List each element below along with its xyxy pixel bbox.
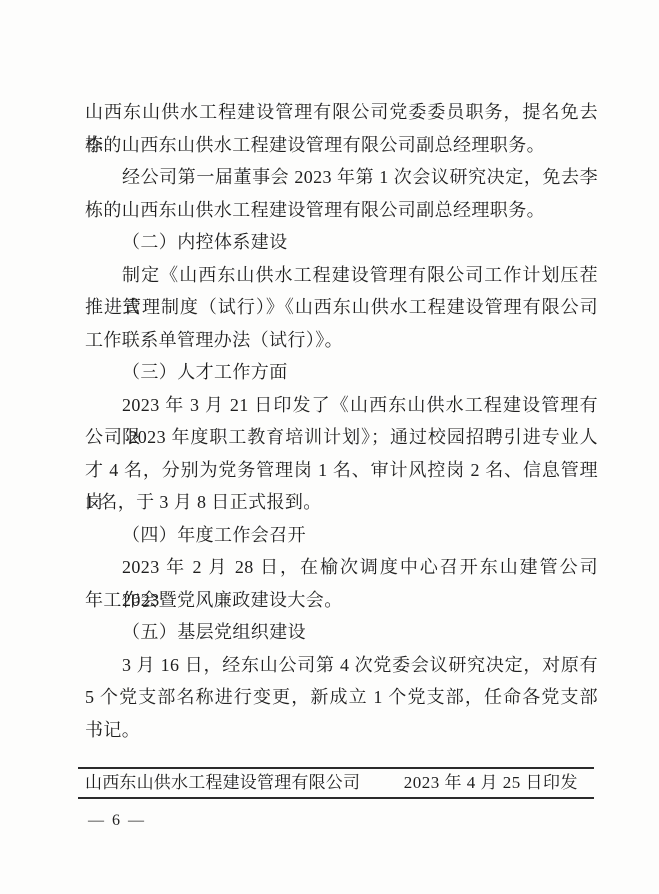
issuing-organization: 山西东山供水工程建设管理有限公司 xyxy=(78,772,360,793)
section-heading: （三）人才工作方面 xyxy=(85,356,598,389)
body-line: 工作联系单管理办法（试行）》。 xyxy=(85,324,598,357)
document-body: 山西东山供水工程建设管理有限公司党委委员职务，提名免去李 栋的山西东山供水工程建… xyxy=(85,96,598,746)
document-page: 山西东山供水工程建设管理有限公司党委委员职务，提名免去李 栋的山西东山供水工程建… xyxy=(0,0,659,894)
body-line: 1 名，于 3 月 8 日正式报到。 xyxy=(85,486,598,519)
body-line: 年工作会暨党风廉政建设大会。 xyxy=(85,584,598,617)
body-line: 书记。 xyxy=(85,714,598,747)
body-line: 3 月 16 日，经东山公司第 4 次党委会议研究决定，对原有 xyxy=(85,649,598,682)
section-heading: （五）基层党组织建设 xyxy=(85,616,598,649)
body-line: 2023 年 2 月 28 日，在榆次调度中心召开东山建管公司 2023 xyxy=(85,551,598,584)
body-line: 公司 2023 年度职工教育培训计划》；通过校园招聘引进专业人 xyxy=(85,421,598,454)
section-heading: （四）年度工作会召开 xyxy=(85,519,598,552)
body-line: 山西东山供水工程建设管理有限公司党委委员职务，提名免去李 xyxy=(85,96,598,129)
body-line: 2023 年 3 月 21 日印发了《山西东山供水工程建设管理有限 xyxy=(85,389,598,422)
body-line: 推进管理制度（试行）》《山西东山供水工程建设管理有限公司 xyxy=(85,291,598,324)
page-number: — 6 — xyxy=(88,812,146,830)
body-line: 5 个党支部名称进行变更，新成立 1 个党支部，任命各党支部 xyxy=(85,681,598,714)
section-heading: （二）内控体系建设 xyxy=(85,226,598,259)
body-line: 栋的山西东山供水工程建设管理有限公司副总经理职务。 xyxy=(85,129,598,162)
print-date: 2023 年 4 月 25 日印发 xyxy=(404,772,594,793)
body-line: 才 4 名，分别为党务管理岗 1 名、审计风控岗 2 名、信息管理岗 xyxy=(85,454,598,487)
body-line: 经公司第一届董事会 2023 年第 1 次会议研究决定，免去李 xyxy=(85,161,598,194)
body-line: 栋的山西东山供水工程建设管理有限公司副总经理职务。 xyxy=(85,194,598,227)
body-line: 制定《山西东山供水工程建设管理有限公司工作计划压茬式 xyxy=(85,259,598,292)
colophon-block: 山西东山供水工程建设管理有限公司 2023 年 4 月 25 日印发 xyxy=(78,767,594,799)
